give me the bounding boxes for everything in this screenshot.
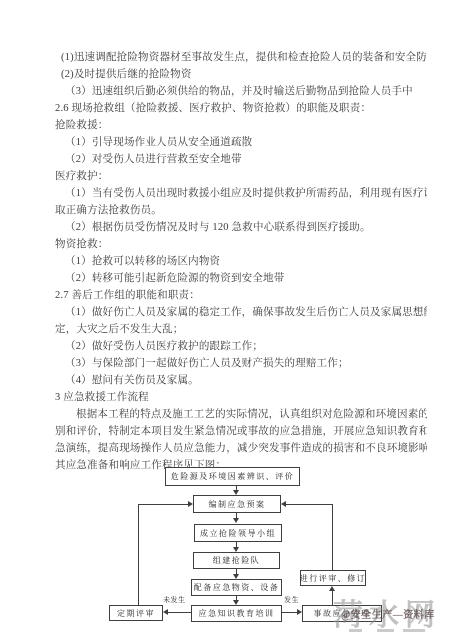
flow-box-periodic-review: 定期评审 — [109, 605, 163, 621]
flow-connector — [282, 612, 298, 613]
arrow-down-icon — [233, 547, 239, 552]
arrow-right-icon — [188, 501, 193, 507]
document-page: (1)迅速调配抢险物资器材至事故发生点，提供和检查抢险人员的装备和安全防护 (2… — [0, 0, 450, 636]
flow-connector — [332, 504, 333, 570]
arrow-down-icon — [233, 600, 239, 605]
flow-connector — [138, 504, 139, 605]
flow-box-identify: 危险源及环境因素辨识、评价 — [165, 467, 300, 486]
flow-connector — [168, 612, 192, 613]
flow-box-rescue-team: 组建抢险队 — [193, 552, 280, 569]
flow-box-plan: 编制应急预案 — [193, 495, 281, 513]
flow-connector — [286, 504, 333, 505]
flow-label-occurred: 发生 — [284, 595, 299, 605]
arrow-left-icon — [163, 609, 168, 615]
illegible-text-mark — [349, 629, 362, 632]
illegible-text-mark — [377, 629, 394, 632]
watermark-handle-text: @安全生产—资料库 — [341, 606, 435, 621]
arrow-down-icon — [233, 518, 239, 523]
flow-connector — [138, 504, 189, 505]
flow-box-training: 应急知识教育培训 — [191, 605, 282, 622]
arrow-left-icon — [281, 501, 286, 507]
flow-box-supplies: 配备应急物资、设备 — [191, 579, 282, 596]
emergency-response-flowchart: 危险源及环境因素辨识、评价 编制应急预案 成立抢险领导小组 组建抢险队 配备应急… — [0, 0, 450, 636]
arrow-right-icon — [297, 609, 302, 615]
illegible-text-mark — [403, 629, 425, 632]
flow-box-leading-group: 成立抢险领导小组 — [194, 524, 282, 542]
arrow-down-icon — [233, 490, 239, 495]
flow-label-not-occurred: 未发生 — [163, 595, 186, 605]
flow-box-review-revise: 进行评审、修订 — [300, 570, 366, 586]
arrow-down-icon — [233, 574, 239, 579]
